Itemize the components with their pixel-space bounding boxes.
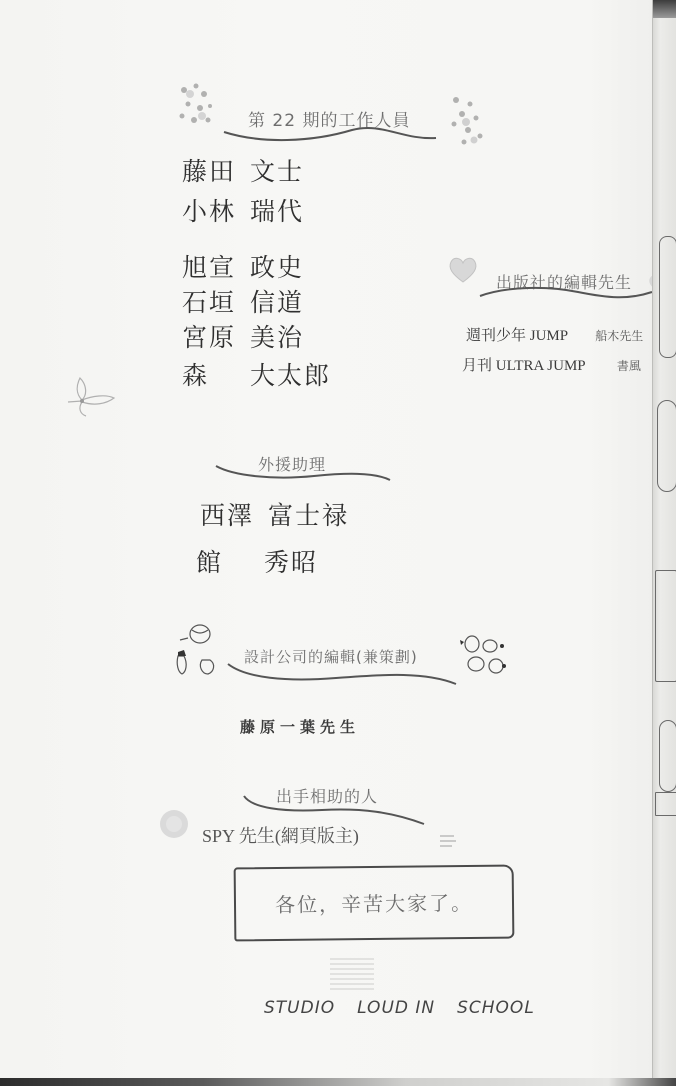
staff-name: 小林瑞代 — [182, 192, 304, 228]
staff-name: 石垣信道 — [182, 283, 304, 319]
fruits-icon — [458, 634, 508, 682]
title-underline — [478, 284, 654, 304]
faint-stripes-decoration — [330, 958, 374, 990]
staff-name: 藤田文士 — [182, 152, 304, 188]
studio-signature: STUDIOLOUD INSCHOOL — [264, 998, 535, 1018]
adjacent-page-edge — [652, 0, 676, 1086]
editor-name: 書風 — [617, 359, 641, 373]
title-underline — [226, 660, 458, 688]
manga-panel-sketch — [657, 400, 676, 492]
title-underline — [214, 462, 392, 486]
title-underline — [242, 792, 426, 826]
magazine-name: 月刊 ULTRA JUMP — [462, 358, 585, 374]
thank-you-message-box: 各位，辛苦大家了。 — [234, 865, 515, 942]
manga-panel-sketch — [659, 236, 676, 358]
page-bottom-edge — [0, 1078, 676, 1086]
thank-you-message: 各位，辛苦大家了。 — [236, 887, 512, 919]
flower-cluster-icon — [174, 80, 224, 134]
assistant-name: 館秀昭 — [196, 543, 318, 579]
title-underline — [222, 122, 438, 148]
assistant-name: 西澤富士禄 — [200, 496, 349, 532]
heart-icon — [448, 256, 478, 288]
publisher-row: 週刊少年 JUMP 船木先生 — [466, 324, 643, 345]
editor-name: 船木先生 — [595, 329, 643, 343]
flower-cluster-icon — [444, 92, 490, 154]
sparkle-icon — [438, 832, 458, 854]
staff-name: 旭宣政史 — [182, 248, 304, 284]
page-shadow — [653, 0, 676, 18]
butterfly-icon — [58, 372, 118, 426]
publisher-row: 月刊 ULTRA JUMP 書風 — [462, 354, 641, 375]
manga-panel-sketch — [655, 792, 676, 816]
vegetables-icon — [172, 622, 224, 682]
manga-panel-sketch — [655, 570, 676, 682]
magazine-name: 週刊少年 JUMP — [466, 328, 568, 344]
staff-name: 森大太郎 — [182, 356, 331, 392]
sun-icon — [156, 806, 192, 846]
manga-panel-sketch — [659, 720, 676, 792]
design-editor-name: 藤原一葉先生 — [240, 716, 360, 737]
helper-name: SPY 先生(網頁版主) — [202, 822, 359, 848]
staff-name: 宮原美治 — [182, 318, 304, 354]
manga-credits-page: 第 22 期的工作人員 藤田文士 小林瑞代 旭宣政史 石垣信道 宮原美治 森大太… — [0, 0, 652, 1080]
